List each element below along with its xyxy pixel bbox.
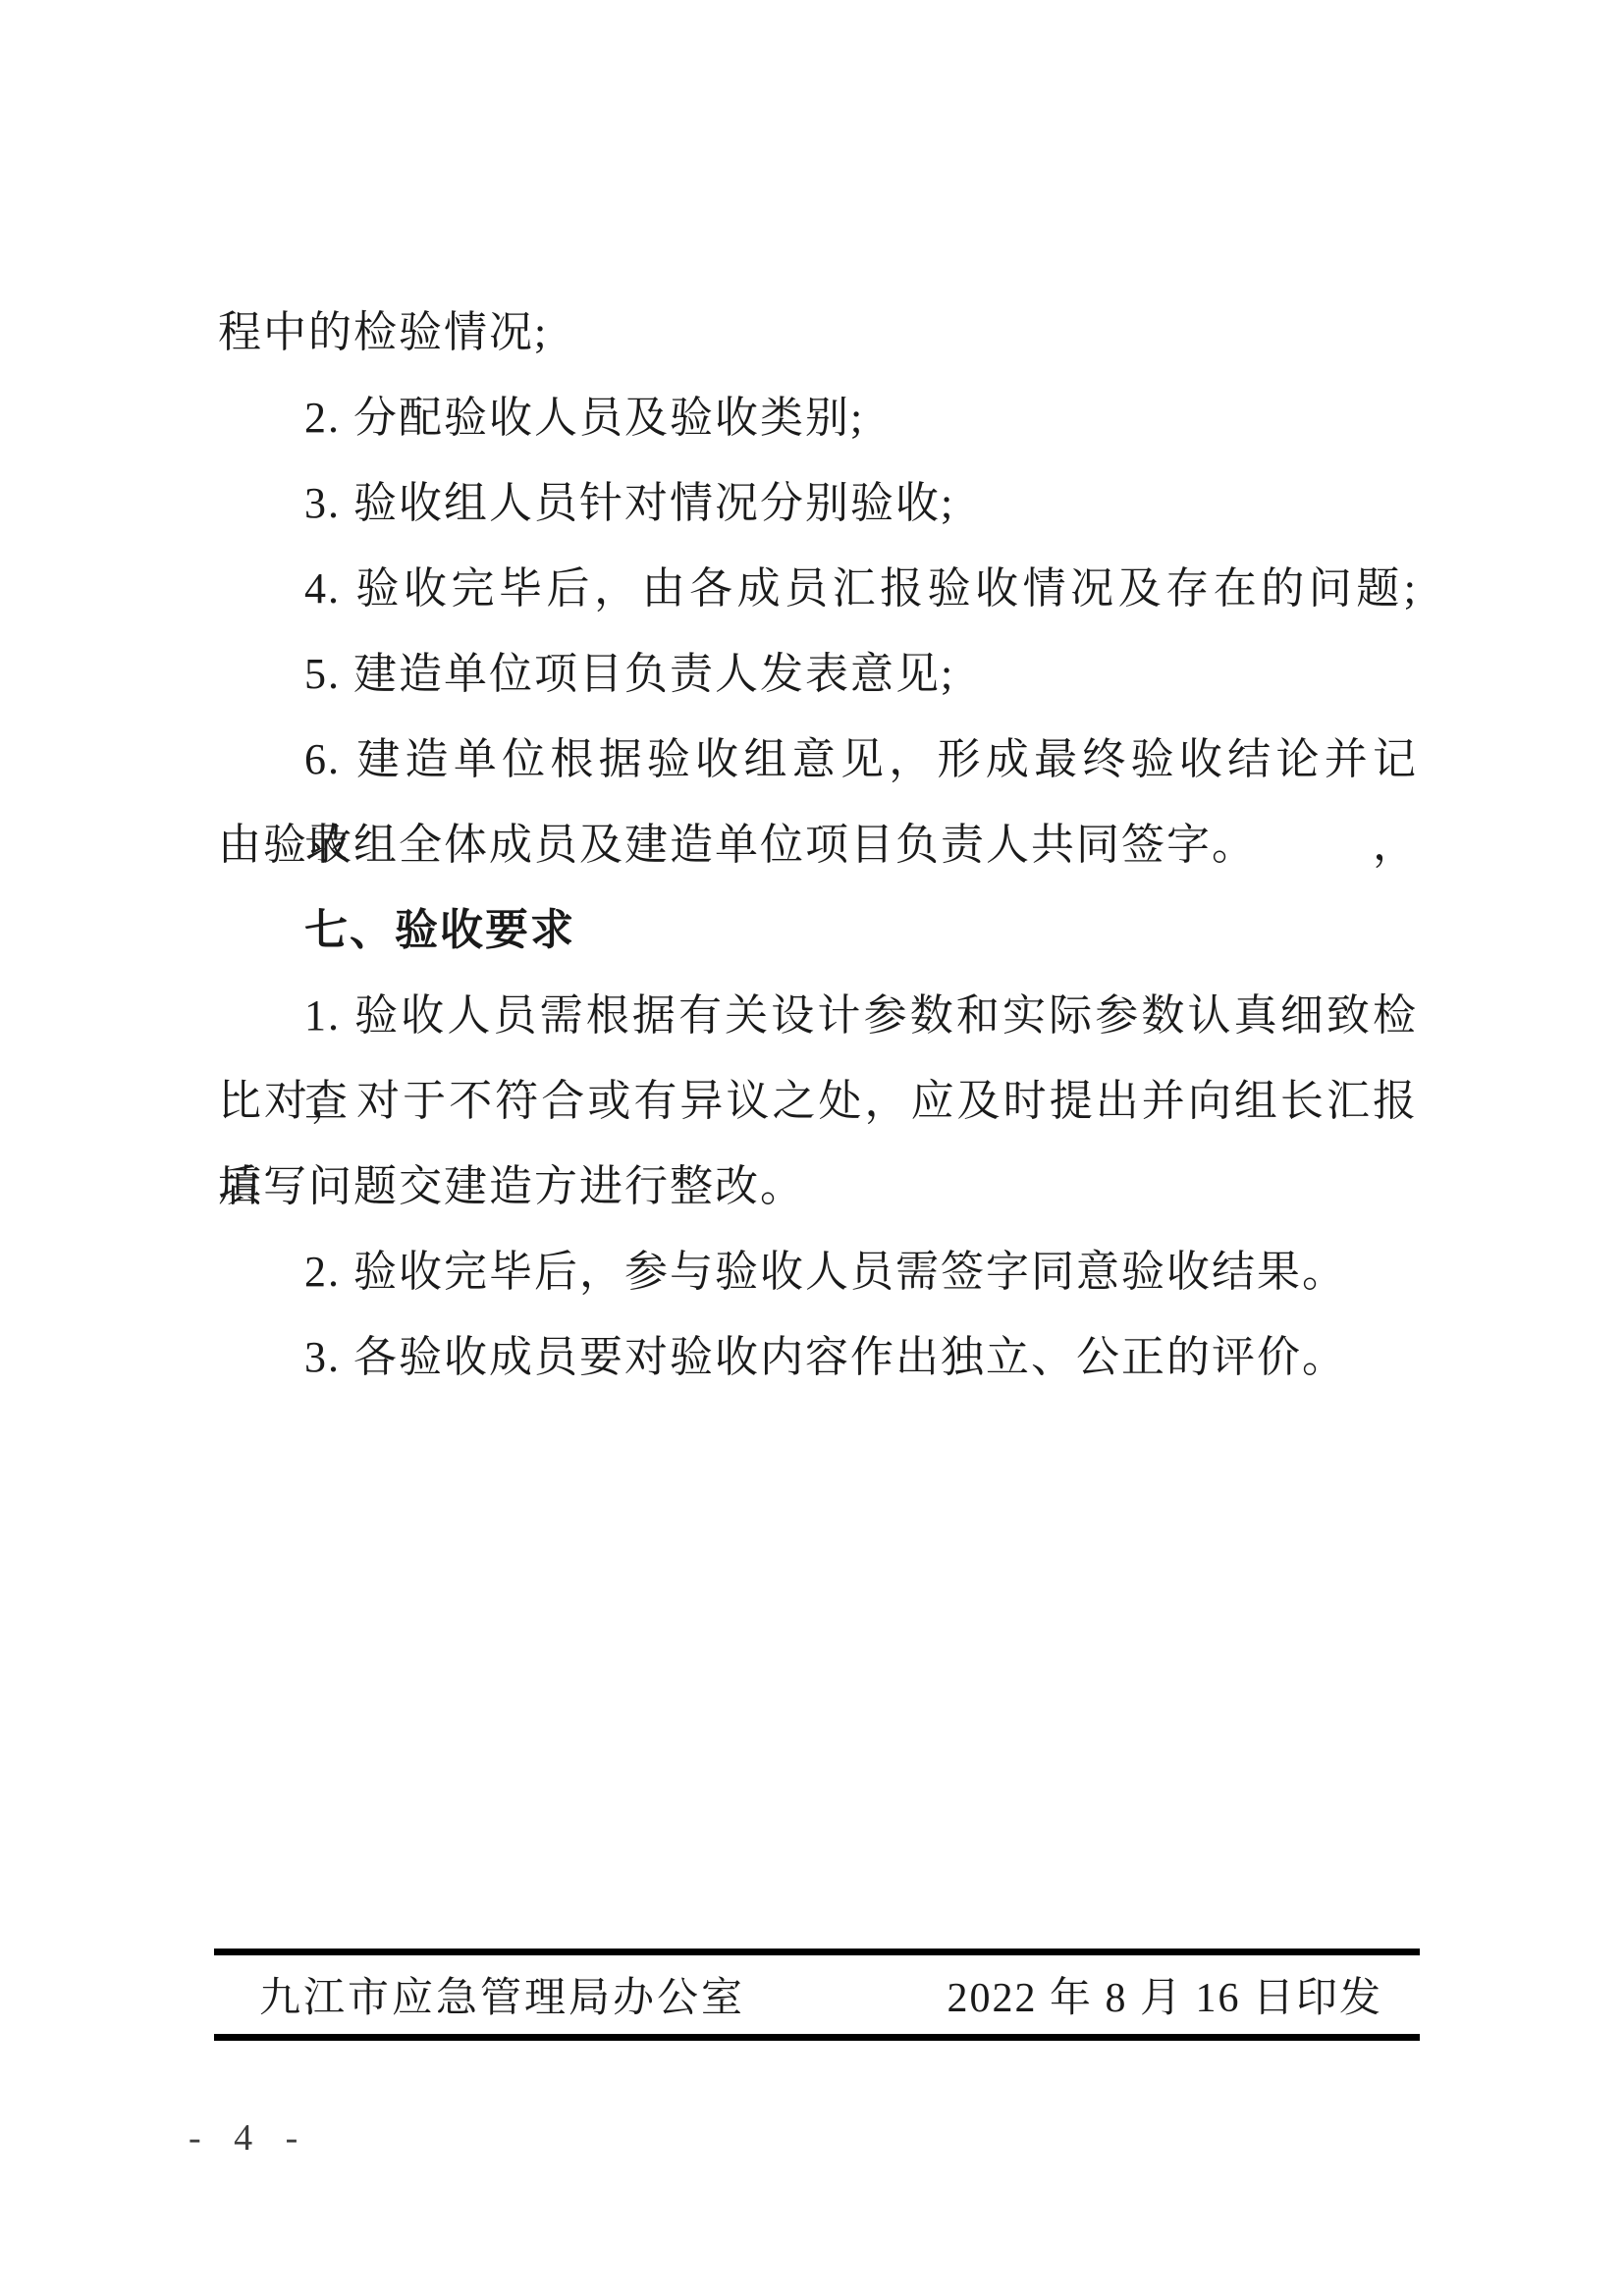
page-number: - 4 - (189, 2116, 309, 2160)
document-body: 程中的检验情况; 2. 分配验收人员及验收类别; 3. 验收组人员针对情况分别验… (218, 290, 1418, 1400)
document-page: 程中的检验情况; 2. 分配验收人员及验收类别; 3. 验收组人员针对情况分别验… (0, 0, 1624, 2296)
requirement-3: 3. 各验收成员要对验收内容作出独立、公正的评价。 (218, 1314, 1418, 1400)
requirement-1-line-2: 比对，对于不符合或有异议之处，应及时提出并向组长汇报后 (218, 1058, 1418, 1144)
list-item-6-line-2: 由验收组全体成员及建造单位项目负责人共同签字。 (218, 802, 1418, 887)
issuance-footer: 九江市应急管理局办公室 2022 年 8 月 16 日印发 (214, 1949, 1420, 2041)
list-item-5: 5. 建造单位项目负责人发表意见; (218, 631, 1418, 717)
requirement-2: 2. 验收完毕后，参与验收人员需签字同意验收结果。 (218, 1229, 1418, 1314)
list-item-2: 2. 分配验收人员及验收类别; (218, 375, 1418, 460)
list-item-3: 3. 验收组人员针对情况分别验收; (218, 460, 1418, 546)
footer-print-date: 2022 年 8 月 16 日印发 (947, 1965, 1420, 2024)
section-heading: 七、验收要求 (218, 887, 1418, 973)
requirement-1-line-3: 填写问题交建造方进行整改。 (218, 1144, 1418, 1229)
requirement-1-line-1: 1. 验收人员需根据有关设计参数和实际参数认真细致检查 (218, 973, 1418, 1058)
footer-issuer: 九江市应急管理局办公室 (214, 1965, 745, 2024)
paragraph-continuation-line: 程中的检验情况; (218, 290, 1418, 375)
list-item-4: 4. 验收完毕后，由各成员汇报验收情况及存在的问题; (218, 546, 1418, 631)
list-item-6-line-1: 6. 建造单位根据验收组意见，形成最终验收结论并记录， (218, 717, 1418, 802)
